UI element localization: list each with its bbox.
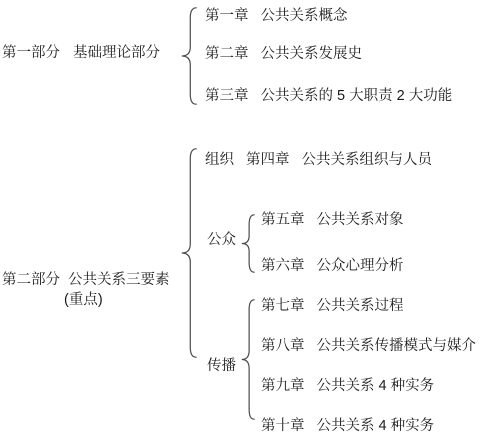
part2-subtitle-text: (重点) (64, 292, 103, 308)
chapter-title: 公众心理分析 (317, 258, 404, 274)
group-label-communication: 传播 (207, 358, 236, 374)
chapter-title: 公共关系组织与人员 (302, 152, 433, 168)
group-label: 传播 (207, 358, 236, 374)
part1-brace (181, 7, 197, 105)
chapter-number: 第六章 (261, 258, 305, 274)
course-outline-diagram: 第一部分 基础理论部分 第一章 公共关系概念 第二章 公共关系发展史 第三章 公… (0, 0, 481, 438)
chapter-row-10: 第十章 公共关系 4 种实务 (261, 418, 434, 434)
public-brace (241, 214, 255, 273)
chapter-row-2: 第二章 公共关系发展史 (205, 46, 362, 62)
chapter-row-9: 第九章 公共关系 4 种实务 (261, 378, 434, 394)
chapter-title: 公共关系发展史 (261, 46, 363, 62)
chapter-number: 第十章 (261, 418, 305, 434)
part2-label-row: 第二部分 公共关系三要素 (2, 272, 170, 288)
part2-title: 公共关系三要素 (68, 272, 170, 288)
chapter-title: 公共关系 4 种实务 (317, 378, 435, 394)
chapter-row-8: 第八章 公共关系传播模式与媒介 (261, 338, 476, 354)
chapter-title: 公共关系传播模式与媒介 (317, 338, 477, 354)
part1-title: 基础理论部分 (73, 45, 160, 61)
group-label: 组织 (205, 152, 234, 168)
chapter-number: 第四章 (246, 152, 290, 168)
part2-subtitle: (重点) (64, 292, 103, 308)
chapter-number: 第一章 (205, 8, 249, 24)
chapter-number: 第七章 (261, 298, 305, 314)
part1-label-row: 第一部分 基础理论部分 (2, 45, 160, 61)
chapter-number: 第三章 (205, 88, 249, 104)
part2-number: 第二部分 (2, 272, 60, 288)
chapter-row-6: 第六章 公众心理分析 (261, 258, 404, 274)
group-label-public: 公众 (207, 232, 236, 248)
communication-brace (241, 299, 255, 420)
chapter-row-5: 第五章 公共关系对象 (261, 212, 404, 228)
chapter-row-7: 第七章 公共关系过程 (261, 298, 404, 314)
chapter-number: 第五章 (261, 212, 305, 228)
chapter-title: 公共关系 4 种实务 (317, 418, 435, 434)
chapter-number: 第八章 (261, 338, 305, 354)
chapter-title: 公共关系对象 (317, 212, 404, 228)
chapter-title: 公共关系过程 (317, 298, 404, 314)
chapter-number: 第二章 (205, 46, 249, 62)
part2-brace (181, 148, 197, 358)
group-row-organization: 组织 第四章 公共关系组织与人员 (205, 152, 432, 168)
chapter-title: 公共关系的 5 大职责 2 大功能 (261, 88, 453, 104)
chapter-row-1: 第一章 公共关系概念 (205, 8, 348, 24)
chapter-number: 第九章 (261, 378, 305, 394)
chapter-row-3: 第三章 公共关系的 5 大职责 2 大功能 (205, 88, 452, 104)
chapter-title: 公共关系概念 (261, 8, 348, 24)
group-label: 公众 (207, 232, 236, 248)
part1-number: 第一部分 (2, 45, 60, 61)
